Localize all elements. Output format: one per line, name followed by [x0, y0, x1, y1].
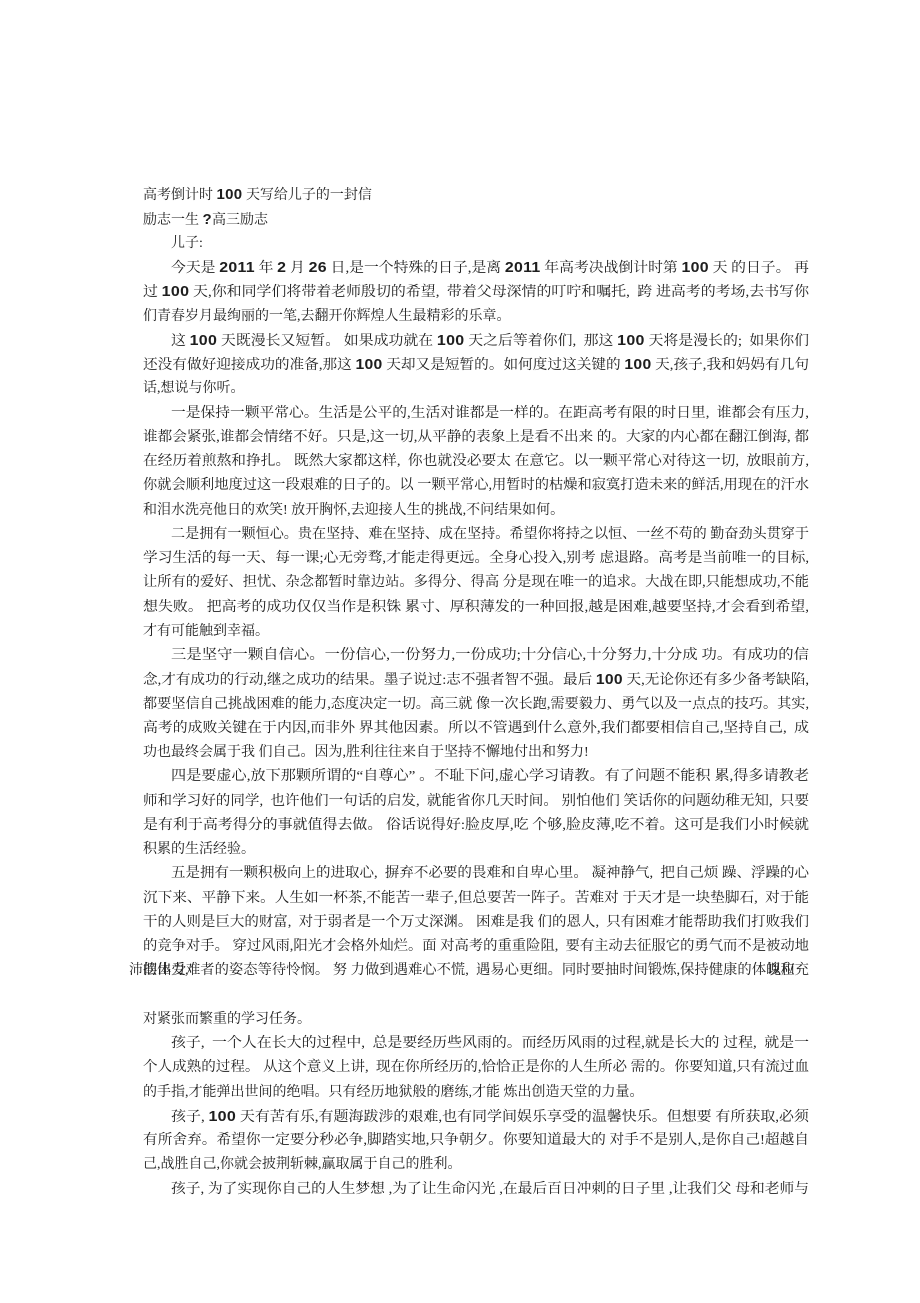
inline-number: ? [203, 211, 212, 228]
text-line-content: 积累的生活经验。 [143, 838, 255, 862]
inline-number: 100 [208, 1108, 236, 1125]
text-line: 今天是 2011 年 2 月 26 日,是一个特殊的日子,是离 2011 年高考… [129, 232, 795, 256]
text-line-content: 都要坚信自己挑战困难的能力,态度决定一切。高三就 像一次长跑,需要毅力、勇气以及… [143, 693, 809, 717]
text-line-content: 师和学习好的同学, 也许他们一句话的启发, 就能省你几天时间。 别怕他们 笑话你… [143, 790, 809, 814]
text-line-content: 的竞争对手。 穿过风雨,阳光才会格外灿烂。面 对高考的重重险阻, 要有主动去征服… [143, 935, 809, 959]
document-title: 高考倒计时 100 天写给儿子的一封信 [143, 183, 372, 208]
text-line-content: 孩子, 100 天有苦有乐,有题海跋涉的艰难,也有同学间娱乐享受的温馨快乐。但想… [171, 1105, 809, 1130]
text-line-content: 四是要虚心,放下那颗所谓的“自尊心” 。不耻下问,虚心学习请教。有了问题不能积 … [171, 765, 809, 789]
text-line-content: 五是拥有一颗积极向上的进取心, 摒弃不必要的畏难和自卑心里。 凝神静气, 把自己… [171, 862, 809, 886]
text-line-content: 高考的成败关键在于内因,而非外 界其他因素。所以不管遇到什么意外,我们都要相信自… [143, 717, 809, 741]
text-line-content: 对紧张而繁重的学习任务。 [143, 1008, 311, 1032]
text-line-content: 今天是 2011 年 2 月 26 日,是一个特殊的日子,是离 2011 年高考… [171, 256, 809, 281]
text-line-content: 摆出受难者的姿态等待怜悯。 努 力做到遇难心不慌, 遇易心更细。同时要抽时间锻炼… [143, 959, 809, 983]
text-line-content: 的手指,才能弹出世间的绝唱。只有经历地狱般的磨练,才能 炼出创造天堂的力量。 [143, 1081, 644, 1105]
text-line-content: 沉下来、平静下来。人生如一杯茶,不能苦一辈子,但总要苦一阵子。苦难对 于天才是一… [143, 887, 809, 911]
text-line-content: 还没有做好迎接成功的准备,那这 100 天却又是短暂的。如何度过这关键的 100… [143, 353, 809, 378]
inline-number: 2011 [219, 259, 255, 276]
text-line-content: 有所舍弃。希望你一定要分秒必争,脚踏实地,只争朝夕。你要知道最大的 对手不是别人… [143, 1129, 809, 1153]
document-page: 高考倒计时 100 天写给儿子的一封信 励志一生 ?高三励志 儿子: 今天是 2… [0, 0, 920, 1303]
inline-number: 100 [617, 332, 645, 349]
inline-number: 2011 [505, 259, 541, 276]
text-line-content: 孩子, 一个人在长大的过程中, 总是要经历些风雨的。而经历风雨的过程,就是长大的… [171, 1032, 809, 1056]
text-line-content: 二是拥有一颗恒心。贵在坚持、难在坚持、成在坚持。希望你将持之以恒、一丝不苟的 勤… [171, 523, 809, 547]
text-line-content: 孩子, 为了实现你自己的人生梦想 ,为了让生命闪光 ,在最后百日冲刺的日子里 ,… [171, 1178, 809, 1202]
text-line-content: 和泪水洗亮他日的欢笑! 放开胸怀,去迎接人生的挑战,不问结果如何。 [143, 499, 564, 523]
inline-number: 2 [277, 259, 286, 276]
inline-number: 100 [162, 283, 190, 300]
text-line-content: 学习生活的每一天、每一课;心无旁骛,才能走得更远。全身心投入,别考 虑退路。高考… [143, 547, 809, 571]
inline-number: 100 [681, 259, 708, 276]
document-subtitle: 励志一生 ?高三励志 [143, 208, 268, 233]
inline-number: 26 [309, 259, 327, 276]
text-line-content: 儿子: [171, 232, 203, 256]
inline-number: 100 [596, 671, 623, 688]
inline-number: 100 [217, 186, 243, 203]
document-body: 儿子: 今天是 2011 年 2 月 26 日,是一个特殊的日子,是离 2011… [129, 208, 795, 1178]
text-line-content: 在经历着煎熬和挣扎。 既然大家都这样, 你也就没必要太 在意它。以一颗平常心对待… [143, 450, 809, 474]
text-line-content: 是有利于高考得分的事就值得去做。 俗话说得好:脸皮厚,吃 个够,脸皮薄,吃不着。… [143, 814, 809, 838]
text-line-content: 己,战胜自己,你就会披荆斩棘,赢取属于自己的胜利。 [143, 1153, 462, 1177]
inline-number: 100 [437, 332, 465, 349]
text-line-content: 一是保持一颗平常心。生活是公平的,生活对谁都是一样的。在距高考有限的时日里, 谁… [171, 402, 809, 426]
text-line-content: 们青春岁月最绚丽的一笔,去翻开你辉煌人生最精彩的乐章。 [143, 305, 511, 329]
inline-number: 100 [190, 332, 218, 349]
text-line-content: 过 100 天,你和同学们将带着老师殷切的希望, 带着父母深情的叮咛和嘱托, 跨… [143, 280, 809, 305]
text-line-content: 话,想说与你听。 [143, 377, 245, 401]
text-line-content: 干的人则是巨大的财富, 对于弱者是一个万丈深渊。 困难是我 们的恩人, 只有困难… [143, 911, 809, 935]
inline-number: 100 [624, 356, 651, 373]
text-line-content: 想失败。 把高考的成功仅仅当作是积铢 累寸、厚积薄发的一种回报,越是困难,越要坚… [143, 596, 809, 620]
text-line-content: 个人成熟的过程。 从这个意义上讲, 现在你所经历的,恰恰正是你的人生所必 需的。… [143, 1056, 809, 1080]
text-line-content: 念,才有成功的行动,继之成功的结果。墨子说过:志不强者智不强。最后 100 天,… [143, 668, 809, 693]
text-line-content: 三是坚守一颗自信心。一份信心,一份努力,一份成功;十分信心,十分努力,十分成 功… [171, 644, 809, 668]
text-line-content: 谁都会紧张,谁都会情绪不好。只是,这一切,从平静的表象上是看不出来 的。大家的内… [143, 426, 809, 450]
text-line-content: 功也最终会属于我 们自己。因为,胜利往往来自于坚持不懈地付出和努力! [143, 741, 589, 765]
document-title-line: 高考倒计时 100 天写给儿子的一封信 [129, 159, 795, 183]
text-line-content: 这 100 天既漫长又短暂。 如果成功就在 100 天之后等着你们, 那这 10… [171, 329, 809, 354]
text-line-content: 才有可能触到幸福。 [143, 620, 269, 644]
text-line-content: 你就会顺利地度过这一段艰难的日子的。以 一颗平常心,用暂时的枯燥和寂寞打造未来的… [143, 474, 809, 498]
text-line-content: 让所有的爱好、担忧、杂念都暂时靠边站。多得分、得高 分是现在唯一的追求。大战在即… [143, 571, 809, 595]
text-line: 对紧张而繁重的学习任务。 [129, 984, 795, 1008]
inline-number: 100 [355, 356, 382, 373]
